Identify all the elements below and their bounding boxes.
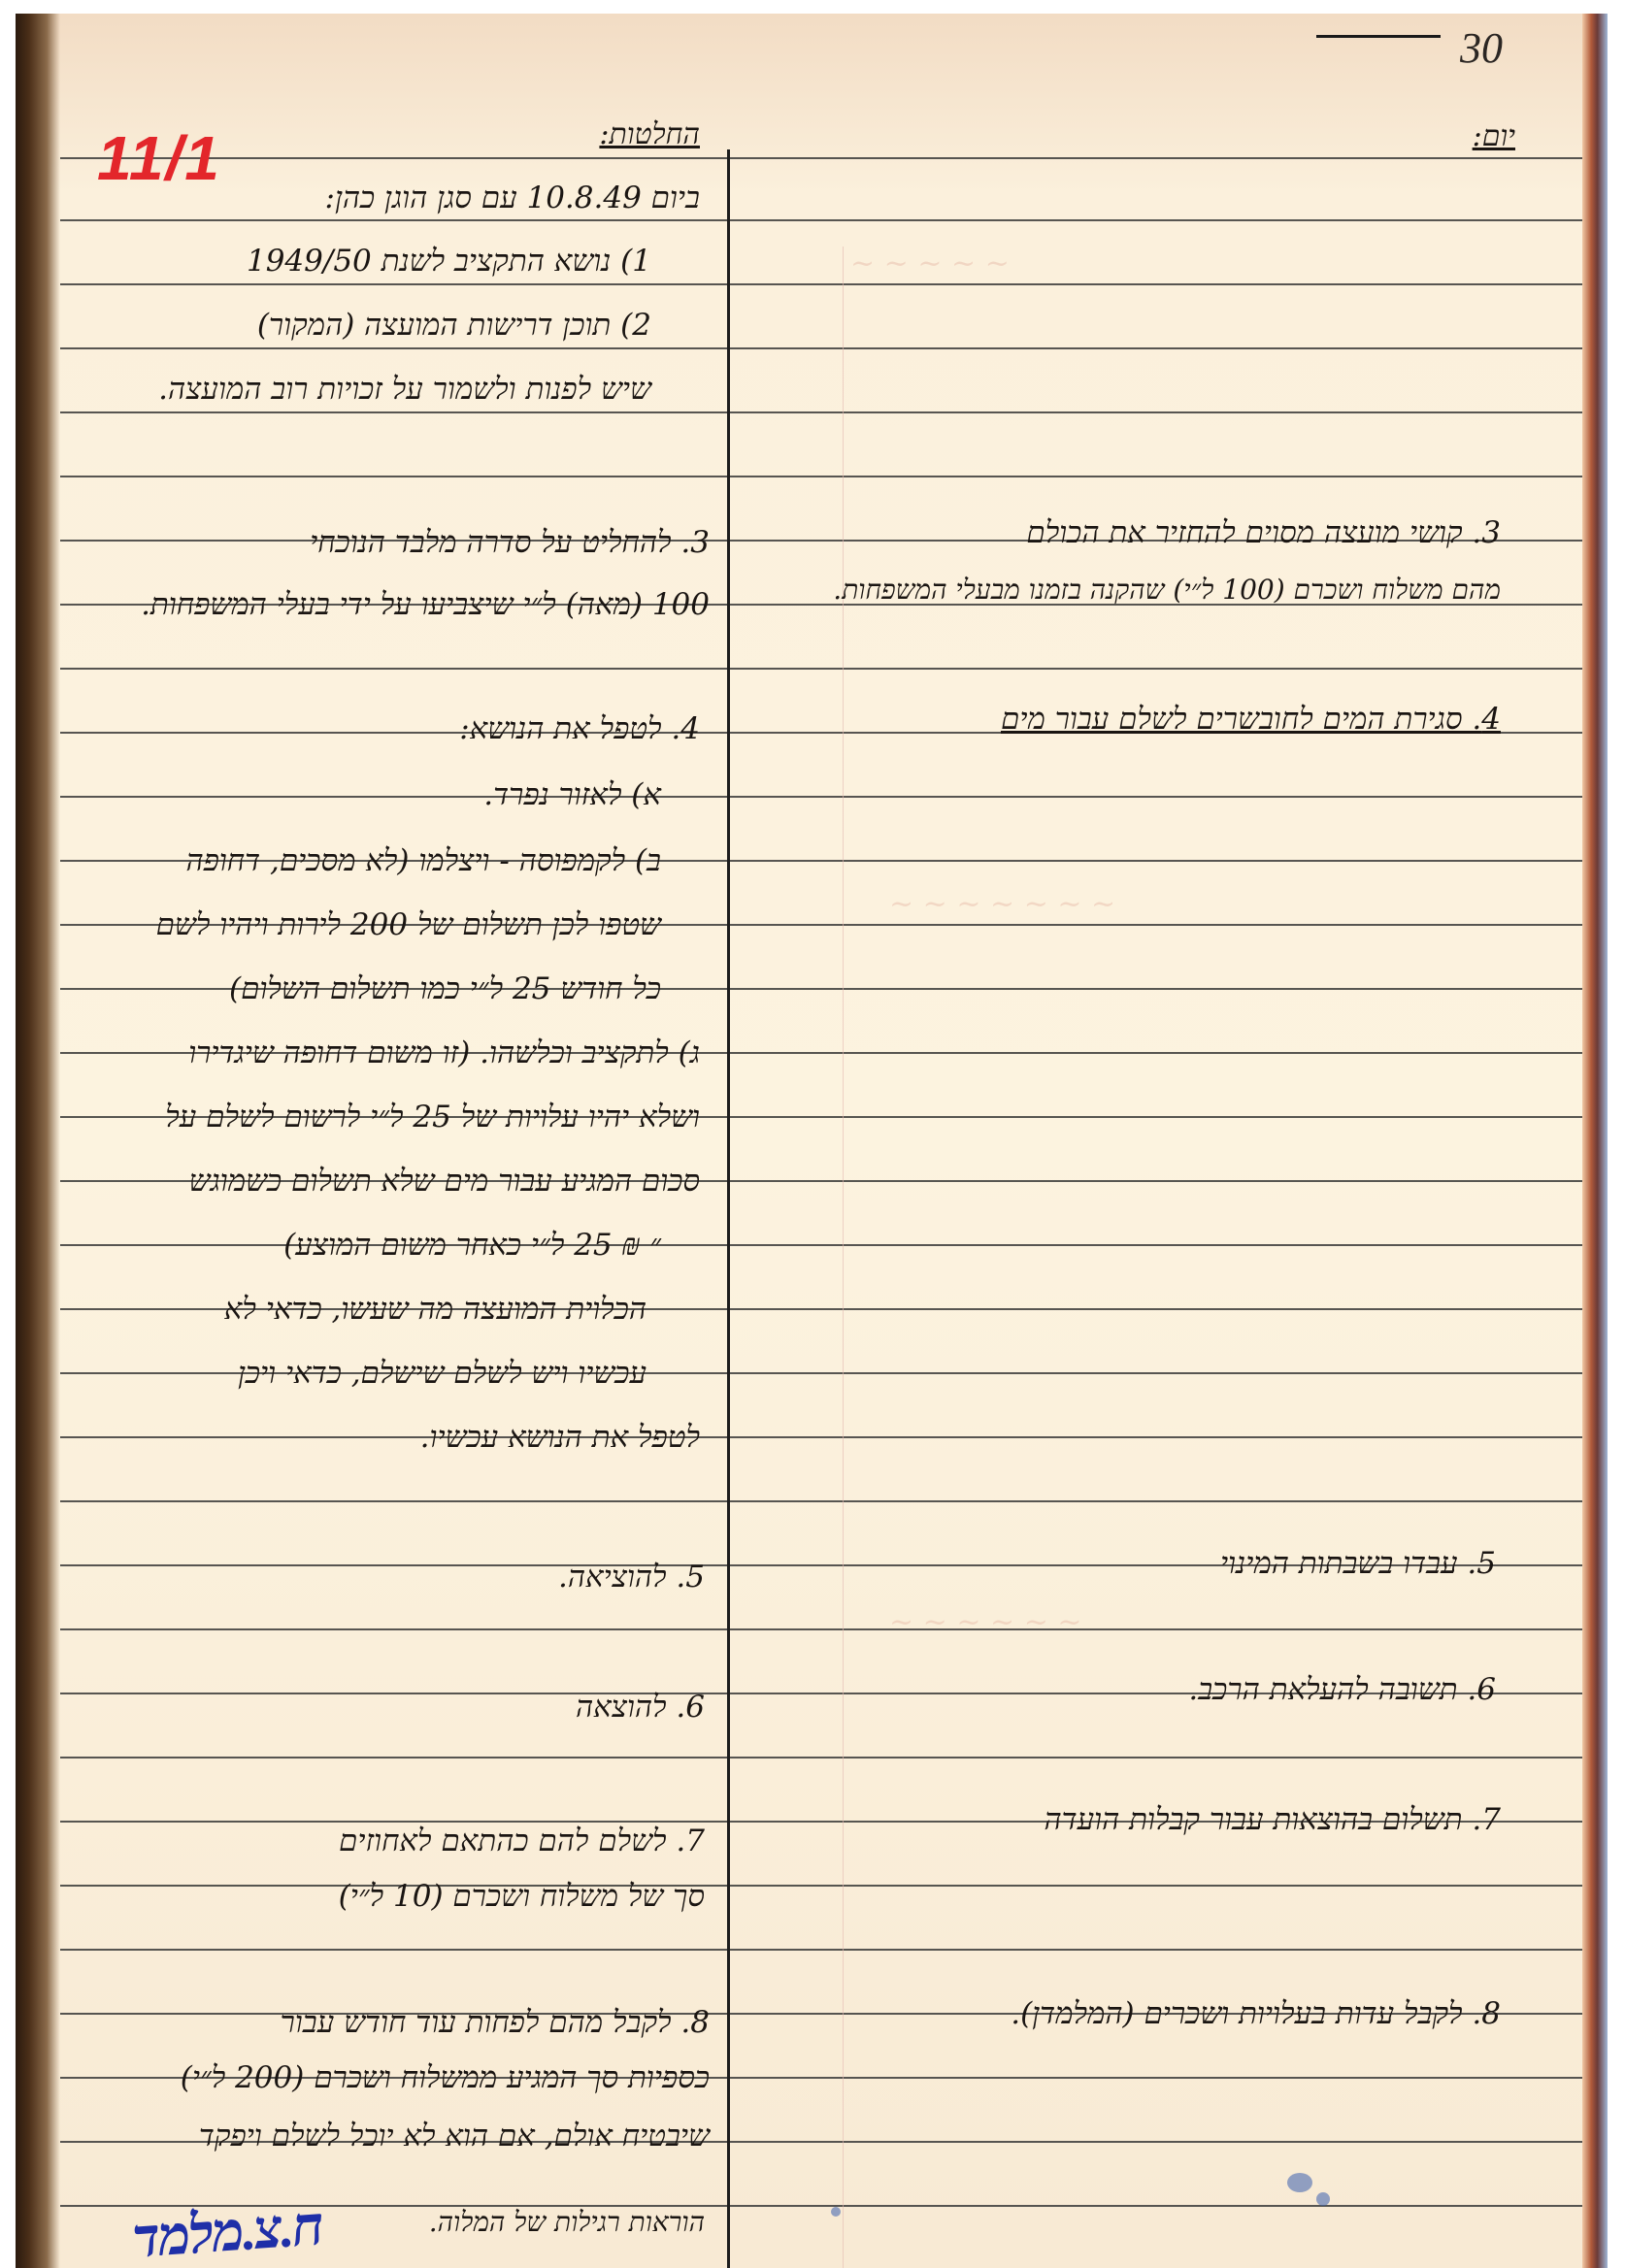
page-right-edge [1582, 14, 1608, 2268]
ink-smudge [831, 2207, 841, 2217]
left-line: הכלוית המועצה מה שעשו, כדאי לא [224, 1295, 647, 1325]
bleed-through-text: ~ ~ ~ ~ ~ ~ [889, 1605, 1082, 1639]
book-binding-shadow [16, 14, 60, 2268]
bleed-through-text: ~ ~ ~ ~ ~ [850, 247, 1010, 280]
red-annotation: 11/1 [97, 122, 221, 194]
left-line: 100 (מאה) ל״י שיצביעו על ידי בעלי המשפחו… [141, 590, 710, 620]
ink-smudge [1316, 2192, 1330, 2206]
left-line: סכום המגיע עבור מים שלא תשלום כשמוגש [189, 1167, 700, 1197]
notebook-page: ~ ~ ~ ~ ~ ~ ~ ~ ~ ~ ~ ~ ~ ~ ~ ~ ~ ~ 11/1… [16, 14, 1608, 2268]
bleed-through-text: ~ ~ ~ ~ ~ ~ ~ [889, 887, 1115, 921]
left-item-7-cont: סך של משלוח ושכרם (10 ל״י) [339, 1882, 705, 1912]
left-line: 1) נושא התקציב לשנת 1949/50 [247, 247, 651, 277]
right-item-6: 6. תשובה להעלאת הרכב. [1188, 1675, 1496, 1705]
left-line: ב) לקמפוסה - ויצלמו (לא מסכים, דחופה [185, 846, 661, 876]
left-line: ושלא יהיו עלויות של 25 ל״י לרשום לשלם על [165, 1102, 700, 1133]
left-item-7: 7. לשלם להם כהתאם לאחוזים [339, 1826, 705, 1857]
ruled-line [60, 476, 1582, 477]
ruled-line [60, 1628, 1582, 1630]
left-item-8-cont: שיבטיח אולם, אם הוא לא יוכל לשלם ויפקד [199, 2121, 710, 2152]
left-line: לטפל את הנושא עכשיו. [420, 1423, 700, 1453]
left-item-5: 5. להוציאה. [558, 1562, 705, 1593]
right-item-8: 8. לקבל עדות בעלויות ושכרים (המלמדן). [1011, 1999, 1501, 2029]
bleed-through-margin [843, 247, 844, 2268]
left-item-6: 6. להוצאה [576, 1693, 705, 1723]
ruled-line [60, 411, 1582, 413]
left-column-header: החלטות: [599, 120, 700, 149]
left-line: שטפו לכן תשלום של 200 לירות ויהיו לשם [156, 910, 661, 940]
left-item-8-cont: כספיות סך המגיע ממשלוח ושכרם (200 ל״י) [181, 2063, 710, 2093]
left-line: 4. לטפל את הנושא: [459, 714, 700, 744]
left-line: ג) לתקציב וכלשהו. (זו משום דחופה שיגדירו [188, 1038, 700, 1068]
left-line: 2) תוכן דרישות המועצה (המקור) [257, 311, 651, 341]
ruled-line [60, 1436, 1582, 1438]
left-line: שיש לפנות ולשמור על זכויות רוב המועצה. [158, 375, 651, 405]
right-column-header: יום: [1473, 122, 1515, 151]
page-number-bar [1316, 35, 1441, 38]
signature: ח.צ.מלמד [130, 2195, 324, 2268]
right-item-3: 3. קושי מועצה מסוים להחזיר את הכולם [1026, 518, 1501, 548]
left-line: א) לאזור נפרד. [483, 780, 661, 810]
ruled-line [60, 1757, 1582, 1759]
ruled-line [60, 1949, 1582, 1951]
right-item-3-cont: מהם משלוח ושכרם (100 ל״י) שהקנה בזמנו מב… [833, 576, 1501, 604]
page-number: 30 [1460, 23, 1503, 73]
right-item-7: 7. תשלום בהוצאות עבור קבלות הועדה [1044, 1805, 1501, 1835]
left-line: ״ ₪ 25 ל״י כאחר משום המוצע) [283, 1231, 661, 1261]
left-item-8-cont: הוראות רגילות של המלוה. [429, 2209, 705, 2236]
ruled-line [60, 283, 1582, 285]
ruled-line [60, 157, 1582, 159]
right-item-4: 4. סגירת המים לחובשרים לשלם עבור מים [1001, 705, 1501, 735]
left-line: כל חודש 25 ל״י כמו תשלום השלום) [229, 974, 661, 1004]
ruled-line [60, 668, 1582, 670]
ruled-line [60, 219, 1582, 221]
left-item-8: 8. לקבל מהם לפחות עוד חודש עבור [281, 2008, 710, 2038]
ruled-line [60, 1885, 1582, 1887]
left-line: ביום 10.8.49 עם סגן הוגן כהן: [325, 183, 701, 214]
ruled-line [60, 1500, 1582, 1502]
right-item-5: 5. עבדו בשבתות המינוי [1220, 1549, 1496, 1579]
column-divider [727, 149, 730, 2268]
ink-smudge [1287, 2173, 1312, 2192]
left-line: עכשיו ויש לשלם שישלם, כדאי ויכן [238, 1359, 647, 1389]
left-line: 3. להחליט על סדרה מלבד הנוכחי [310, 528, 710, 558]
ruled-line [60, 796, 1582, 798]
ruled-line [60, 347, 1582, 349]
